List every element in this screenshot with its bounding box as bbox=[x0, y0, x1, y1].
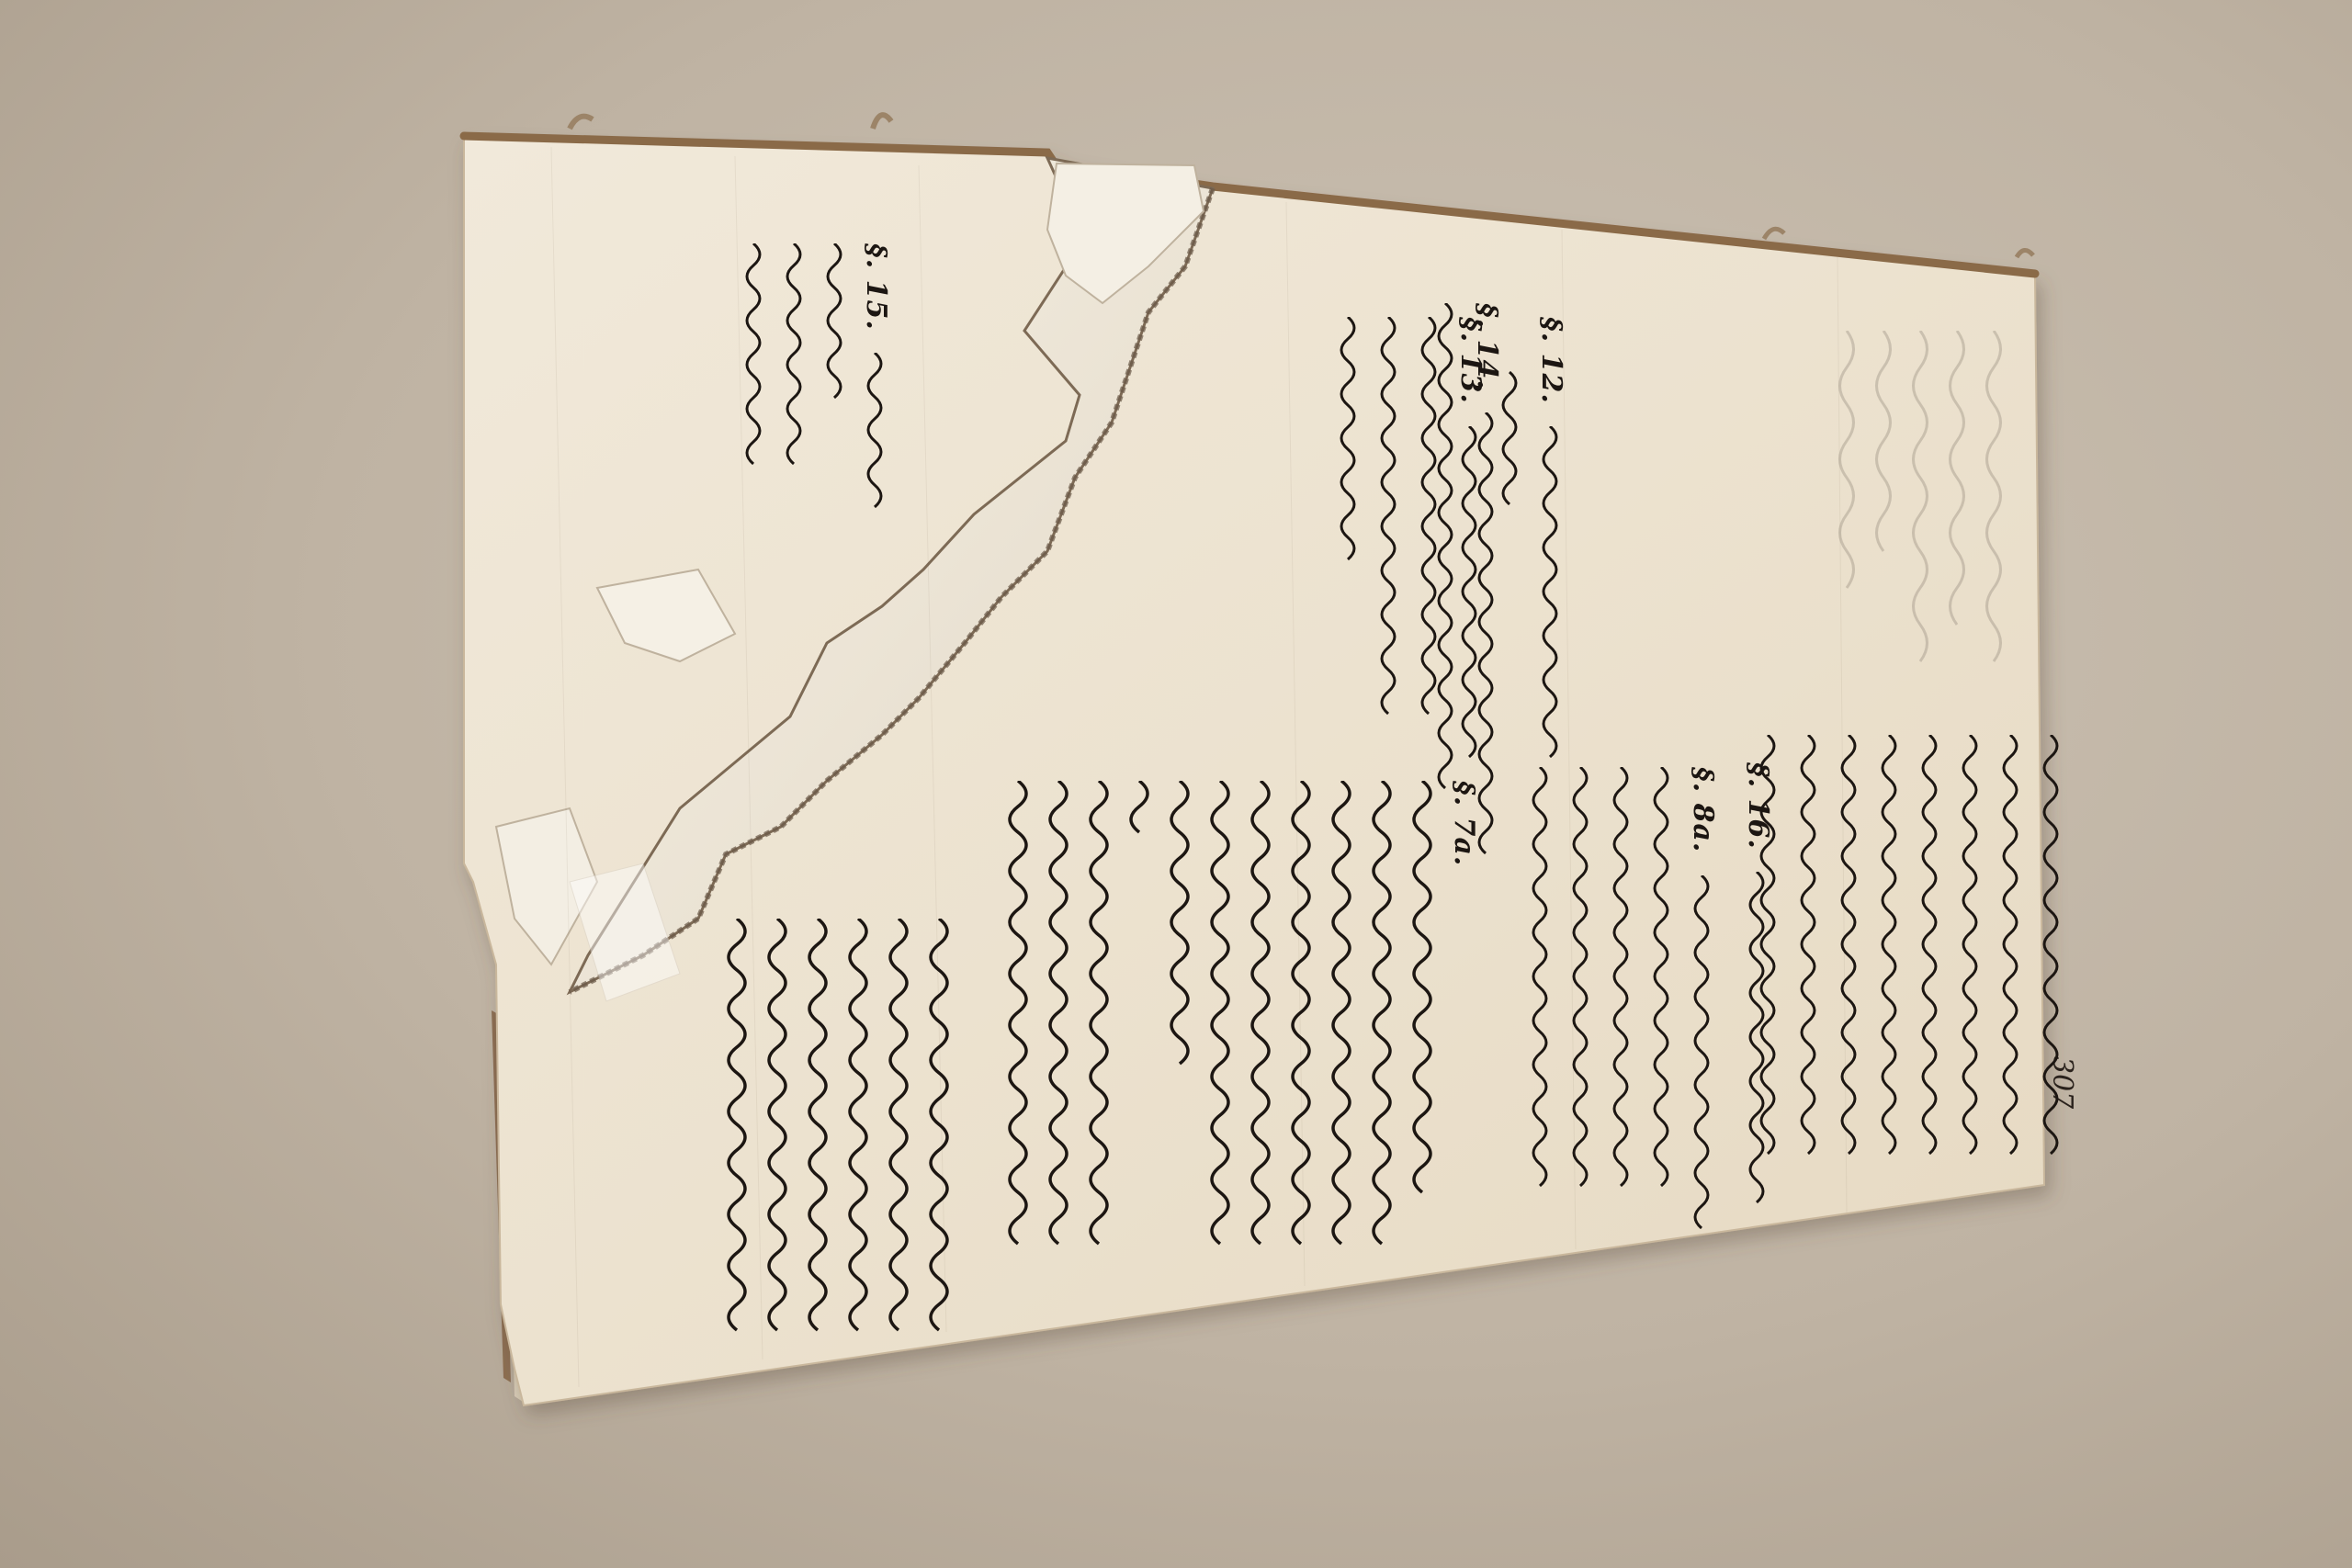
section-line bbox=[775, 243, 815, 536]
section-line bbox=[1561, 767, 1601, 1243]
handwriting-stroke bbox=[1247, 781, 1274, 1277]
handwriting-stroke bbox=[1045, 781, 1072, 1277]
handwriting-stroke bbox=[1166, 781, 1193, 1075]
section-marker-12: §. 12. bbox=[1535, 317, 1567, 404]
section-line bbox=[1601, 767, 1642, 1243]
handwriting-stroke bbox=[1688, 875, 1715, 1243]
handwriting-stroke bbox=[885, 919, 912, 1359]
handwriting-stroke bbox=[844, 919, 872, 1359]
lower-left-block bbox=[718, 919, 960, 1359]
handwriting-stroke bbox=[1794, 735, 1822, 1176]
section-line bbox=[839, 919, 879, 1359]
handwriting-stroke bbox=[1374, 317, 1402, 739]
section-line bbox=[1829, 735, 1870, 1176]
section-15: §. 15. bbox=[734, 243, 896, 536]
section-line bbox=[1521, 767, 1561, 1243]
handwriting-stroke bbox=[1526, 767, 1554, 1208]
ghost-script bbox=[1828, 331, 2012, 716]
handwriting-stroke bbox=[820, 243, 848, 446]
section-line bbox=[1039, 781, 1080, 1277]
handwriting-stroke bbox=[763, 919, 791, 1359]
section-16: §. 16. bbox=[1737, 762, 1778, 1221]
handwriting-stroke bbox=[1408, 781, 1436, 1222]
section-line bbox=[1201, 781, 1241, 1277]
section-marker-8a: §. 8a. bbox=[1687, 767, 1719, 852]
section-marker-15: §. 15. bbox=[860, 243, 892, 331]
section-line bbox=[1329, 317, 1369, 775]
section-line: §. 8a. bbox=[1682, 767, 1723, 1243]
handwriting-stroke bbox=[1566, 767, 1594, 1208]
handwriting-stroke bbox=[1085, 781, 1113, 1277]
section-marker-14: §. 14. bbox=[1471, 303, 1503, 390]
section-line bbox=[1080, 781, 1120, 1277]
handwriting-stroke bbox=[804, 919, 831, 1359]
section-line: §. 7a. bbox=[1443, 781, 1484, 1277]
section-7a: §. 7a. bbox=[999, 781, 1484, 1277]
handwriting-stroke bbox=[1875, 735, 1903, 1176]
section-line bbox=[734, 243, 775, 536]
section-line bbox=[1991, 735, 2031, 1176]
section-line bbox=[1910, 735, 1951, 1176]
section-line bbox=[1870, 735, 1910, 1176]
section-line: §. 12. bbox=[1531, 317, 1571, 775]
section-line bbox=[758, 919, 798, 1359]
handwriting-stroke bbox=[1287, 781, 1315, 1277]
handwriting-stroke bbox=[1607, 767, 1634, 1208]
section-line bbox=[999, 781, 1039, 1277]
section-marker-7a: §. 7a. bbox=[1448, 781, 1480, 866]
section-line: §. 16. bbox=[1737, 762, 1778, 1221]
handwriting-stroke bbox=[1125, 781, 1153, 836]
section-line bbox=[879, 919, 920, 1359]
section-line bbox=[1951, 735, 1991, 1176]
handwriting-stroke bbox=[1206, 781, 1234, 1277]
handwriting-stroke bbox=[780, 243, 808, 519]
section-line bbox=[1160, 781, 1201, 1277]
handwriting-stroke bbox=[2037, 735, 2064, 1176]
section-line bbox=[1282, 781, 1322, 1277]
handwriting-stroke bbox=[723, 919, 751, 1359]
section-line: §. 15. bbox=[855, 243, 896, 536]
handwriting-stroke bbox=[1996, 735, 2024, 1176]
handwriting-stroke bbox=[1647, 767, 1675, 1208]
section-line bbox=[1642, 767, 1682, 1243]
handwriting-stroke bbox=[1431, 303, 1459, 836]
handwriting-stroke bbox=[1916, 735, 1943, 1176]
handwriting-stroke bbox=[925, 919, 953, 1359]
section-line bbox=[1369, 317, 1409, 775]
bleed-through-text bbox=[1825, 331, 2012, 716]
section-line bbox=[718, 919, 758, 1359]
handwriting-stroke bbox=[1004, 781, 1032, 1277]
handwriting-stroke bbox=[1835, 735, 1862, 1176]
handwriting-stroke bbox=[1334, 317, 1362, 592]
section-line bbox=[1789, 735, 1829, 1176]
handwriting-stroke bbox=[740, 243, 767, 519]
section-line bbox=[815, 243, 855, 536]
handwriting-stroke bbox=[861, 353, 888, 536]
section-line bbox=[1363, 781, 1403, 1277]
section-line bbox=[1120, 781, 1160, 1277]
section-line bbox=[2031, 735, 2072, 1176]
handwriting-stroke bbox=[1328, 781, 1355, 1277]
handwriting-stroke bbox=[1368, 781, 1396, 1277]
section-line bbox=[920, 919, 960, 1359]
section-line bbox=[798, 919, 839, 1359]
section-line bbox=[1322, 781, 1363, 1277]
handwriting-stroke bbox=[1743, 872, 1770, 1221]
photo-stage: 307 §. 12. §. 13. §. 14. bbox=[0, 0, 2352, 1568]
top-right-column bbox=[1748, 735, 2072, 1176]
section-line bbox=[1403, 781, 1443, 1277]
handwriting-stroke bbox=[1536, 426, 1564, 775]
section-line bbox=[1241, 781, 1282, 1277]
handwriting-stroke bbox=[1956, 735, 1984, 1176]
section-8a: §. 8a. bbox=[1521, 767, 1723, 1243]
section-marker-16: §. 16. bbox=[1742, 762, 1774, 850]
